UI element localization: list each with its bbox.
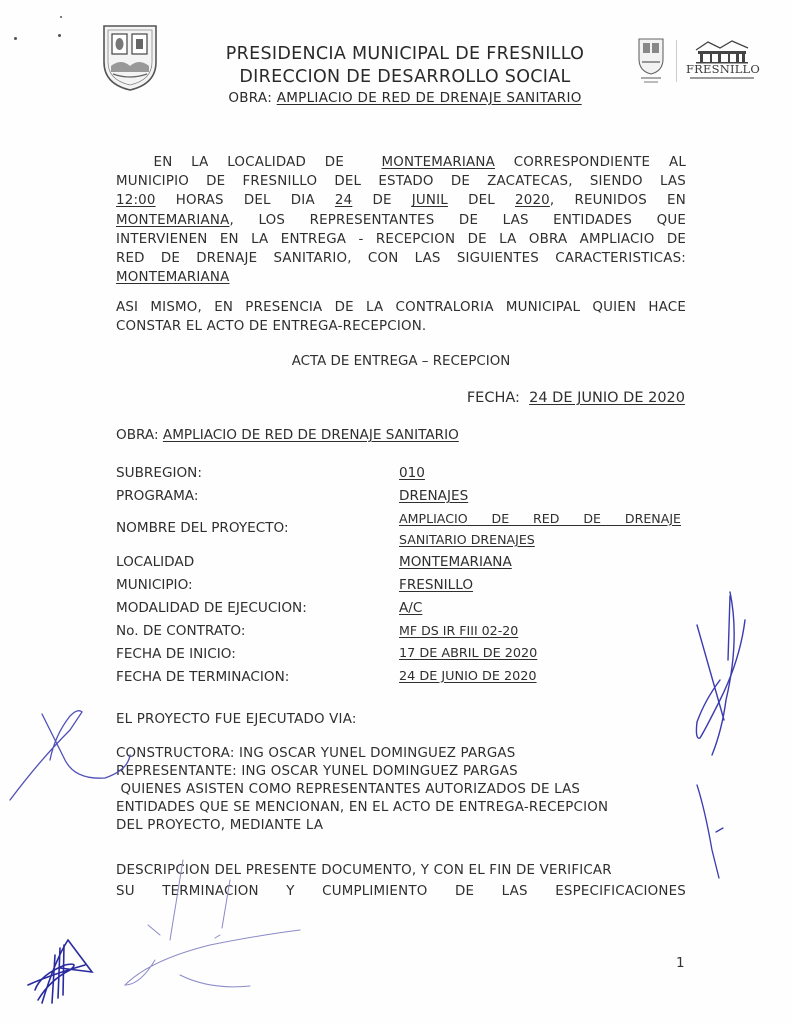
signature-right-mid-icon <box>697 785 723 878</box>
contraloria-paragraph: ASI MISMO, EN PRESENCIA DE LA CONTRALORI… <box>116 298 686 336</box>
brand-tagline <box>690 77 754 79</box>
detail-row-fecha-inicio: FECHA DE INICIO: 17 DE ABRIL DE 2020 <box>116 646 696 668</box>
representante-line: REPRESENTANTE: ING OSCAR YUNEL DOMINGUEZ… <box>116 763 686 781</box>
header-obra-value: AMPLIACIO DE RED DE DRENAJE SANITARIO <box>277 90 582 106</box>
acta-title: ACTA DE ENTREGA – RECEPCION <box>116 354 686 369</box>
detail-row-contrato: No. DE CONTRATO: MF DS IR FIII 02-20 <box>116 623 696 645</box>
municipal-seal-icon <box>636 37 666 85</box>
header-obra-label: OBRA: <box>228 90 272 106</box>
contraloria-line-2: CONSTAR EL ACTO DE ENTREGA-RECEPCION. <box>116 317 686 336</box>
fecha-label: FECHA: <box>467 390 520 406</box>
scan-speck <box>58 34 61 37</box>
detail-row-programa: PROGRAMA: DRENAJES <box>116 488 696 510</box>
fecha: FECHA: 24 DE JUNIO DE 2020 <box>467 390 685 406</box>
descripcion-paragraph: DESCRIPCION DEL PRESENTE DOCUMENTO, Y CO… <box>116 860 686 902</box>
descripcion-line-1: DESCRIPCION DEL PRESENTE DOCUMENTO, Y CO… <box>116 860 686 881</box>
page-number: 1 <box>676 955 685 971</box>
ejecucion-line-3: DEL PROYECTO, MEDIANTE LA <box>116 817 686 835</box>
intro-line-2: MUNICIPIO DE FRESNILLO DEL ESTADO DE ZAC… <box>116 172 686 191</box>
document-page: PRESIDENCIA MUNICIPAL DE FRESNILLO DIREC… <box>0 0 791 1024</box>
contraloria-line-1: ASI MISMO, EN PRESENCIA DE LA CONTRALORI… <box>116 298 686 317</box>
ejecucion-line-1: QUIENES ASISTEN COMO REPRESENTANTES AUTO… <box>116 781 686 799</box>
logo-divider <box>676 40 677 82</box>
intro-paragraph: EN LA LOCALIDAD DE MONTEMARIANA CORRESPO… <box>116 153 686 287</box>
signature-left-mid-icon <box>10 711 130 800</box>
signature-bottom-left-icon <box>28 940 92 1003</box>
intro-line-5: INTERVIENEN EN LA ENTREGA - RECEPCION DE… <box>116 230 686 249</box>
intro-line-6: RED DE DRENAJE SANITARIO, CON LAS SIGUIE… <box>116 249 686 268</box>
detail-value-nombre-proyecto: AMPLIACIO DE RED DE DRENAJE SANITARIO DR… <box>399 508 681 550</box>
constructora-line: CONSTRUCTORA: ING OSCAR YUNEL DOMINGUEZ … <box>116 745 686 763</box>
detail-row-localidad: LOCALIDAD MONTEMARIANA <box>116 554 696 576</box>
intro-line-1: EN LA LOCALIDAD DE MONTEMARIANA CORRESPO… <box>116 153 686 172</box>
ejecucion-line-2: ENTIDADES QUE SE MENCIONAN, EN EL ACTO D… <box>116 799 686 817</box>
intro-line-3: 12:00 HORAS DEL DIA 24 DE JUNIL DEL 2020… <box>116 191 686 210</box>
obra: OBRA: AMPLIACIO DE RED DE DRENAJE SANITA… <box>116 427 459 443</box>
intro-line-4: MONTEMARIANA, LOS REPRESENTANTES DE LAS … <box>116 211 686 230</box>
header-obra: OBRA: AMPLIACIO DE RED DE DRENAJE SANITA… <box>180 90 630 106</box>
ejecucion-paragraph: CONSTRUCTORA: ING OSCAR YUNEL DOMINGUEZ … <box>116 745 686 835</box>
detail-row-modalidad: MODALIDAD DE EJECUCION: A/C <box>116 600 696 622</box>
ejecucion-title: EL PROYECTO FUE EJECUTADO VIA: <box>116 710 686 729</box>
obra-value: AMPLIACIO DE RED DE DRENAJE SANITARIO <box>163 427 459 443</box>
header-department: DIRECCION DE DESARROLLO SOCIAL <box>180 67 630 87</box>
obra-label: OBRA: <box>116 427 159 443</box>
header-municipality: PRESIDENCIA MUNICIPAL DE FRESNILLO <box>180 44 630 64</box>
detail-row-subregion: SUBREGION: 010 <box>116 465 696 487</box>
intro-line-7: MONTEMARIANA <box>116 268 686 287</box>
brand-wordmark: FRESNILLO <box>686 62 758 76</box>
signature-right-top-icon <box>696 592 745 755</box>
coat-of-arms-logo-icon <box>101 22 159 92</box>
scan-speck <box>14 37 17 40</box>
detail-row-fecha-terminacion: FECHA DE TERMINACION: 24 DE JUNIO DE 202… <box>116 669 696 691</box>
descripcion-line-2: SU TERMINACION Y CUMPLIMIENTO DE LAS ESP… <box>116 881 686 902</box>
detail-row-municipio: MUNICIPIO: FRESNILLO <box>116 577 696 599</box>
fecha-value: 24 DE JUNIO DE 2020 <box>529 390 685 406</box>
scan-speck <box>60 16 62 18</box>
